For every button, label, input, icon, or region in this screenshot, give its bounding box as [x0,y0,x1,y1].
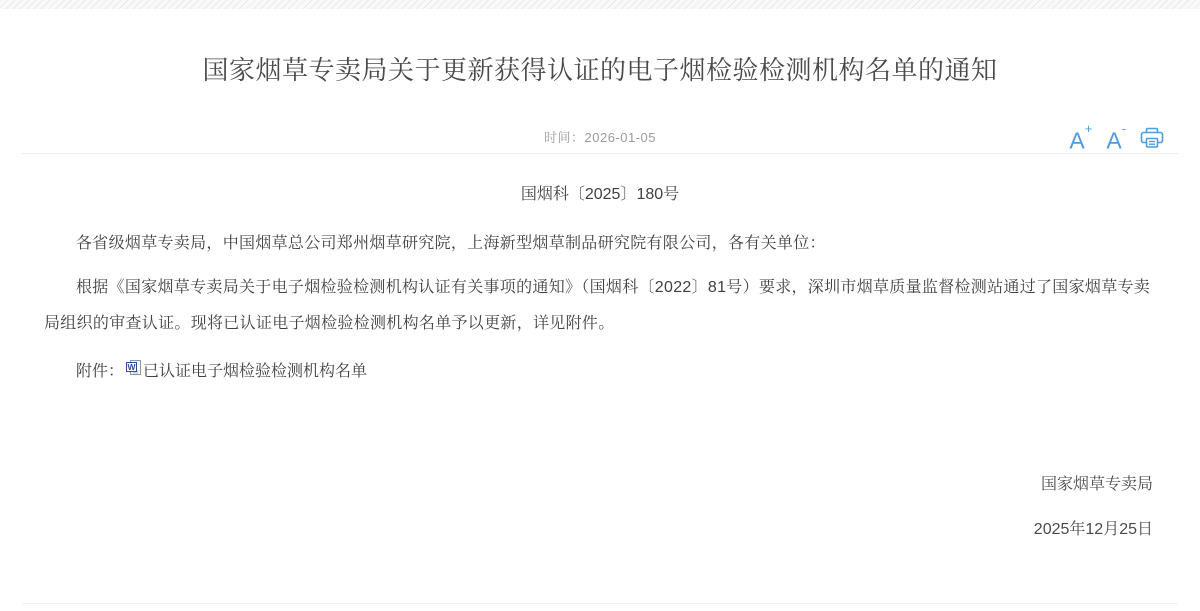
publish-time-label: 时间： [544,130,585,145]
page-title: 国家烟草专卖局关于更新获得认证的电子烟检验检测机构名单的通知 [22,55,1178,85]
font-decrease-sign: - [1122,121,1126,136]
publish-time-value: 2026-01-05 [585,130,657,145]
print-button[interactable] [1140,127,1164,149]
paragraph-main: 根据《国家烟草专卖局关于电子烟检验检测机构认证有关事项的通知》（国烟科〔2022… [44,270,1156,342]
attachment-label: 附件： [76,354,124,390]
attachment-link[interactable]: 已认证电子烟检验检测机构名单 [143,354,367,390]
svg-text:W: W [128,362,137,372]
bottom-divider [22,603,1178,604]
paragraph-recipients: 各省级烟草专卖局，中国烟草总公司郑州烟草研究院，上海新型烟草制品研究院有限公司，… [44,226,1156,262]
meta-row: 时间：2026-01-05 A+ A- [22,123,1178,153]
document-number: 国烟科〔2025〕180号 [22,184,1178,206]
notice-page: 国家烟草专卖局关于更新获得认证的电子烟检验检测机构名单的通知 时间：2026-0… [0,55,1200,543]
article-body: 各省级烟草专卖局，中国烟草总公司郑州烟草研究院，上海新型烟草制品研究院有限公司，… [22,226,1178,543]
top-stripe-band [0,0,1200,9]
signature-date: 2025年12月25日 [44,517,1153,543]
printer-icon [1140,127,1164,149]
article-toolbar: A+ A- [1069,123,1164,153]
word-doc-icon: W [126,354,142,390]
publish-time: 时间：2026-01-05 [22,123,1178,153]
font-increase-letter: A [1069,127,1084,153]
font-increase-button[interactable]: A+ [1069,123,1092,154]
font-decrease-button[interactable]: A- [1106,123,1126,154]
attachment-row: 附件： W 已认证电子烟检验检测机构名单 [44,354,1156,390]
signature-block: 国家烟草专卖局 2025年12月25日 [44,472,1156,543]
font-increase-sign: + [1085,121,1093,136]
header-divider [22,153,1178,154]
signature-issuer: 国家烟草专卖局 [44,472,1153,498]
font-decrease-letter: A [1106,127,1121,153]
